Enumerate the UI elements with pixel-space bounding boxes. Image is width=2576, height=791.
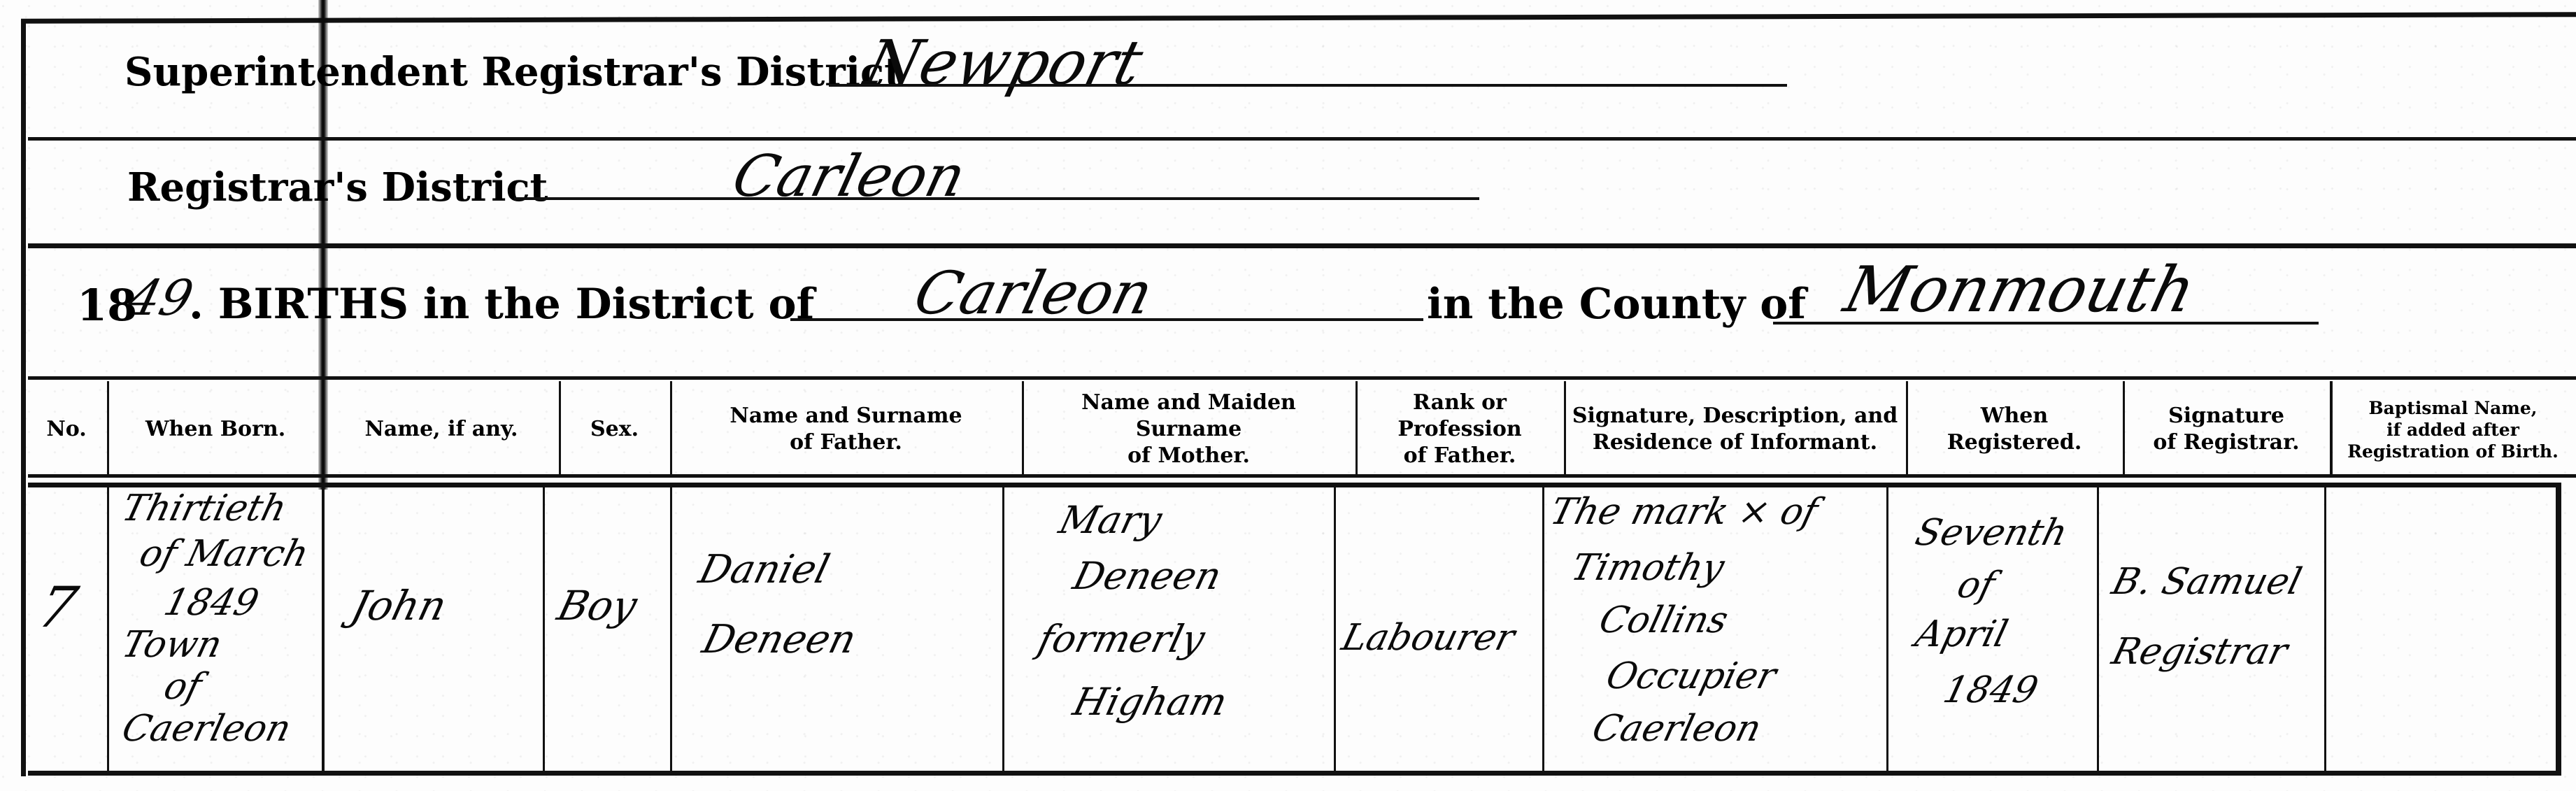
entry-father: Daniel Deneen: [672, 484, 1002, 772]
hdr-divider: [1906, 381, 1908, 476]
hdr-divider: [2330, 381, 2333, 476]
row3-divider: [28, 376, 2576, 380]
row1-divider: [28, 137, 2576, 141]
entry-registrar-signature: B. Samuel Registrar: [2099, 484, 2324, 772]
hdr-divider: [2123, 381, 2125, 476]
col-header-name: Name, if any.: [324, 383, 559, 476]
header-bottom-line: [28, 474, 2576, 478]
entry-name: John: [325, 484, 543, 772]
entry-baptismal: [2326, 484, 2556, 772]
county-value: Monmouth: [1837, 253, 2203, 327]
county-label: in the County of: [1427, 280, 1806, 329]
col-header-rank: Rank or Professionof Father.: [1355, 383, 1564, 476]
hdr-divider: [1022, 381, 1024, 476]
hdr-divider: [670, 381, 672, 476]
district-value: Carleon: [908, 259, 1160, 327]
entry-mother: Mary Deneen formerly Higham: [1004, 484, 1334, 772]
col-header-baptismal: Baptismal Name,if added afterRegistratio…: [2330, 383, 2576, 476]
entry-right-border: [2556, 483, 2561, 776]
col-header-sex: Sex.: [559, 383, 670, 476]
hdr-divider: [559, 381, 561, 476]
superintendent-underline: [829, 84, 1787, 87]
entry-sex: Boy: [545, 484, 670, 772]
hdr-divider: [107, 381, 109, 476]
year-handwritten: 49: [122, 269, 199, 327]
entry-rank: Labourer: [1336, 484, 1542, 772]
registrar-label: Registrar's District: [127, 164, 548, 211]
superintendent-label: Superintendent Registrar's District: [124, 49, 902, 95]
entry-when-born: Thirtieth of March 1849 Town of Caerleon: [109, 484, 322, 772]
county-underline: [1773, 322, 2319, 325]
left-border: [21, 21, 26, 776]
col-header-no: No.: [26, 383, 107, 476]
col-header-when-born: When Born.: [107, 383, 324, 476]
district-underline: [790, 318, 1423, 321]
col-header-mother: Name and Maiden Surnameof Mother.: [1022, 383, 1355, 476]
hdr-divider: [1355, 381, 1358, 476]
col-header-registrar-signature: Signatureof Registrar.: [2123, 383, 2330, 476]
col-header-father: Name and Surnameof Father.: [670, 383, 1022, 476]
hdr-divider: [1564, 381, 1566, 476]
row2-divider: [28, 243, 2576, 248]
births-label: . BIRTHS in the District of: [189, 280, 814, 329]
entry-no: 7: [26, 484, 107, 772]
col-header-informant: Signature, Description, andResidence of …: [1564, 383, 1906, 476]
registrar-underline: [514, 197, 1479, 200]
entry-when-registered: Seventh of April 1849: [1888, 484, 2097, 772]
entry-informant: The mark × of Timothy Collins Occupier C…: [1544, 484, 1886, 772]
top-border: [21, 12, 2576, 24]
superintendent-value: Newport: [858, 27, 1150, 99]
col-header-when-registered: When Registered.: [1906, 383, 2123, 476]
